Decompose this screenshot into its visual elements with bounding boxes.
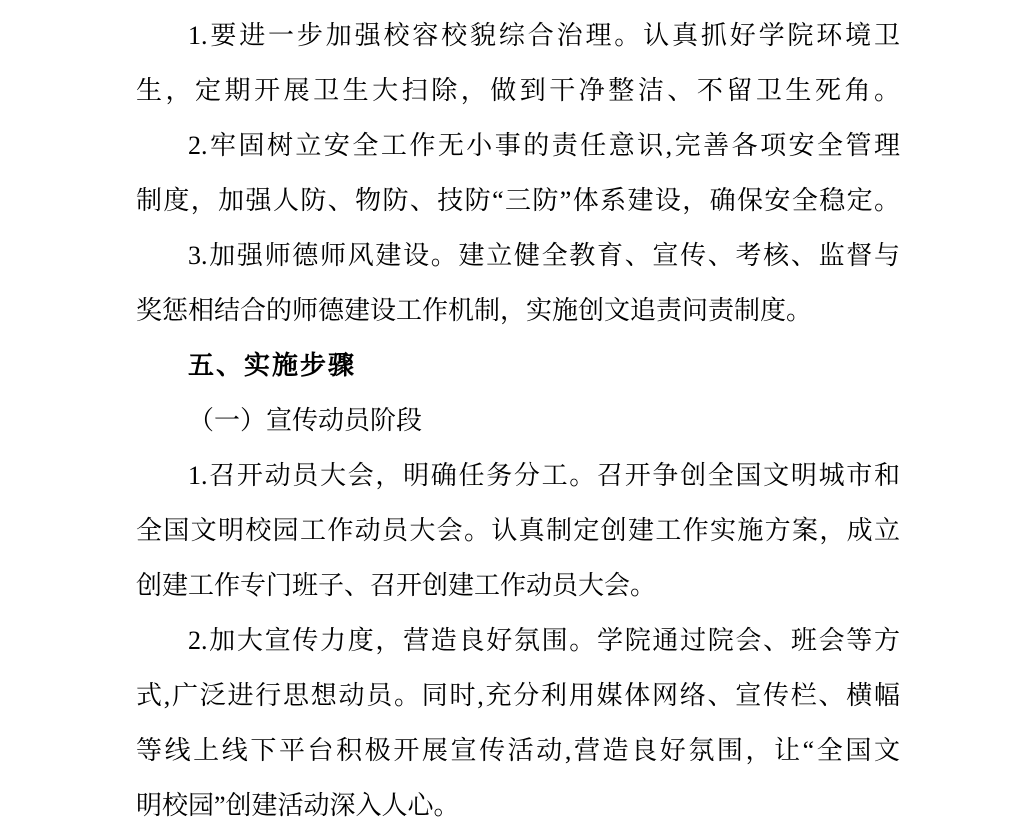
doc-line: 1.召开动员大会，明确任务分工。召开争创全国文明城市和 <box>136 448 900 503</box>
doc-line: 生，定期开展卫生大扫除，做到干净整洁、不留卫生死角。 <box>136 63 900 118</box>
doc-line: 2.加大宣传力度，营造良好氛围。学院通过院会、班会等方 <box>136 613 900 668</box>
subheading-mobilization-stage: （一）宣传动员阶段 <box>136 393 900 448</box>
doc-line: 3.加强师德师风建设。建立健全教育、宣传、考核、监督与 <box>136 228 900 283</box>
doc-line: 1.要进一步加强校容校貌综合治理。认真抓好学院环境卫 <box>136 8 900 63</box>
doc-line: 2.牢固树立安全工作无小事的责任意识,完善各项安全管理 <box>136 118 900 173</box>
doc-line: 奖惩相结合的师德建设工作机制，实施创文追责问责制度。 <box>136 283 900 338</box>
doc-line: 式,广泛进行思想动员。同时,充分利用媒体网络、宣传栏、横幅 <box>136 668 900 723</box>
doc-line: 创建工作专门班子、召开创建工作动员大会。 <box>136 558 900 613</box>
doc-line: 制度，加强人防、物防、技防“三防”体系建设，确保安全稳定。 <box>136 173 900 228</box>
document-page: 1.要进一步加强校容校貌综合治理。认真抓好学院环境卫 生，定期开展卫生大扫除，做… <box>0 0 1015 831</box>
doc-line: 全国文明校园工作动员大会。认真制定创建工作实施方案，成立 <box>136 503 900 558</box>
doc-line: 等线上线下平台积极开展宣传活动,营造良好氛围，让“全国文 <box>136 723 900 778</box>
heading-implementation-steps: 五、实施步骤 <box>136 338 900 393</box>
doc-line: 明校园”创建活动深入人心。 <box>136 778 900 831</box>
